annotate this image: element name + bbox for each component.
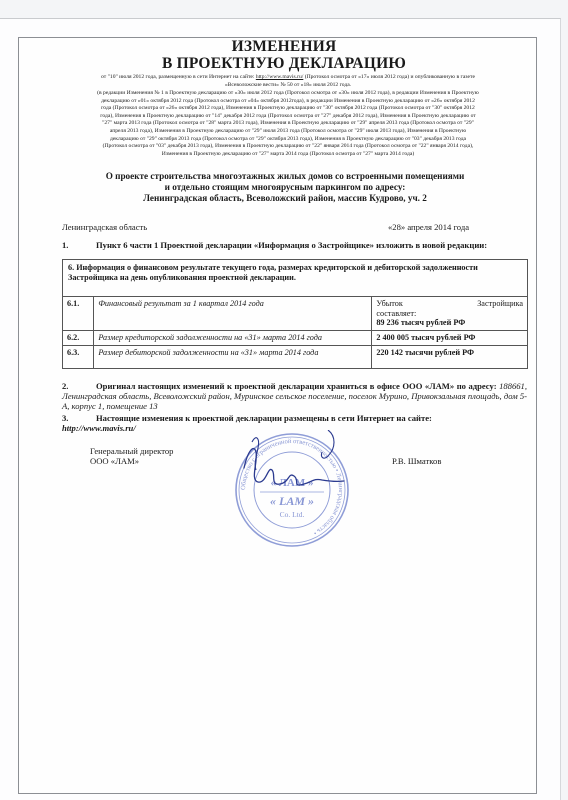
row-value: 2 400 005 тысяч рублей РФ: [372, 330, 528, 345]
signatory-company: ООО «ЛАМ»: [90, 456, 173, 466]
row-description: Финансовый результат за 1 квартал 2014 г…: [94, 297, 372, 331]
revision-line: года (Протокол осмотра от «26» октября 2…: [48, 105, 528, 113]
signatory-name: Р.В. Шматков: [392, 456, 441, 466]
value-prefix: Убыток: [376, 299, 403, 309]
subtitle-line2: и отдельно стоящим многоярусным паркинго…: [90, 182, 480, 193]
document-date: «28» апреля 2014 года: [388, 222, 469, 232]
company-stamp-icon: Общество с ограниченной ответственностью…: [232, 430, 352, 550]
table-header-row: 6. Информация о финансовом результате те…: [63, 260, 528, 297]
table-row: 6.3. Размер дебиторской задолженности на…: [63, 345, 528, 368]
row-description: Размер кредиторской задолженности на «31…: [94, 330, 372, 345]
document-place: Ленинградская область: [62, 222, 147, 232]
item-2-text: Оригинал настоящих изменений к проектной…: [96, 381, 497, 391]
intro-line2: «Всеволожские вести» № 50 от «18» июля 2…: [225, 82, 351, 88]
row-number: 6.2.: [63, 330, 94, 345]
signatory-block: Генеральный директор ООО «ЛАМ»: [90, 446, 173, 467]
row-value: 220 142 тысячи рублей РФ: [372, 345, 528, 368]
revision-line: (Протокол осмотра от "03" декабря 2013 г…: [48, 143, 528, 151]
stamp-center-mid: « LAM »: [270, 494, 314, 508]
subtitle-line3: Ленинградская область, Всеволожский райо…: [90, 193, 480, 204]
signatory-title: Генеральный директор: [90, 446, 173, 456]
item-2: 2.Оригинал настоящих изменений к проектн…: [62, 381, 527, 412]
revision-line: апреля 2013 года), Изменения в Проектную…: [48, 128, 528, 136]
value-amount: 220 142 тысячи рублей РФ: [376, 348, 474, 357]
item-1: 1.Пункт 6 части 1 Проектной декларации «…: [62, 240, 527, 250]
row-number: 6.1.: [63, 297, 94, 331]
value-prefix: составляет:: [376, 309, 523, 319]
revision-history: (в редакции Изменения № 1 в Проектную де…: [48, 90, 528, 158]
project-subtitle: О проекте строительства многоэтажных жил…: [90, 171, 480, 205]
item-3-text: Настоящие изменения к проектной декларац…: [96, 413, 432, 423]
website-link[interactable]: http://www.mavis.ru/: [62, 423, 136, 433]
value-amount: 2 400 005 тысяч рублей РФ: [376, 333, 475, 342]
intro-line1-post: (Протокол осмотра от «17» июля 2012 года…: [303, 74, 475, 80]
revision-line: "27" марта 2013 года (Протокол осмотра о…: [48, 120, 528, 128]
table-header: 6. Информация о финансовом результате те…: [63, 260, 528, 297]
item-1-number: 1.: [62, 240, 96, 250]
stamp-center-bottom: Co. Ltd.: [280, 510, 305, 519]
value-prefix: Застройщика: [477, 299, 523, 309]
row-value: УбытокЗастройщика составляет: 89 236 тыс…: [372, 297, 528, 331]
subtitle-line1: О проекте строительства многоэтажных жил…: [90, 171, 480, 182]
table-row: 6.1. Финансовый результат за 1 квартал 2…: [63, 297, 528, 331]
intro-line1-pre: от "10" июля 2012 года, размещенную в се…: [101, 74, 256, 80]
value-amount: 89 236 тысяч рублей РФ: [376, 318, 465, 327]
item-1-text: Пункт 6 части 1 Проектной декларации «Ин…: [96, 240, 487, 250]
row-number: 6.3.: [63, 345, 94, 368]
row-description: Размер дебиторской задолженности на «31»…: [94, 345, 372, 368]
revision-line: (в редакции Изменения № 1 в Проектную де…: [48, 90, 528, 98]
document-title-line1: ИЗМЕНЕНИЯ: [0, 38, 568, 56]
financial-table: 6. Информация о финансовом результате те…: [62, 259, 528, 369]
intro-text: от "10" июля 2012 года, размещенную в се…: [58, 74, 518, 89]
intro-website-link[interactable]: http://www.mavis.ru/: [256, 74, 304, 80]
table-row: 6.2. Размер кредиторской задолженности н…: [63, 330, 528, 345]
revision-line: Изменения в Проектную декларацию от "27"…: [48, 151, 528, 159]
item-2-number: 2.: [62, 381, 96, 391]
item-3-number: 3.: [62, 413, 96, 423]
document-title-line2: В ПРОЕКТНУЮ ДЕКЛАРАЦИЮ: [0, 55, 568, 73]
